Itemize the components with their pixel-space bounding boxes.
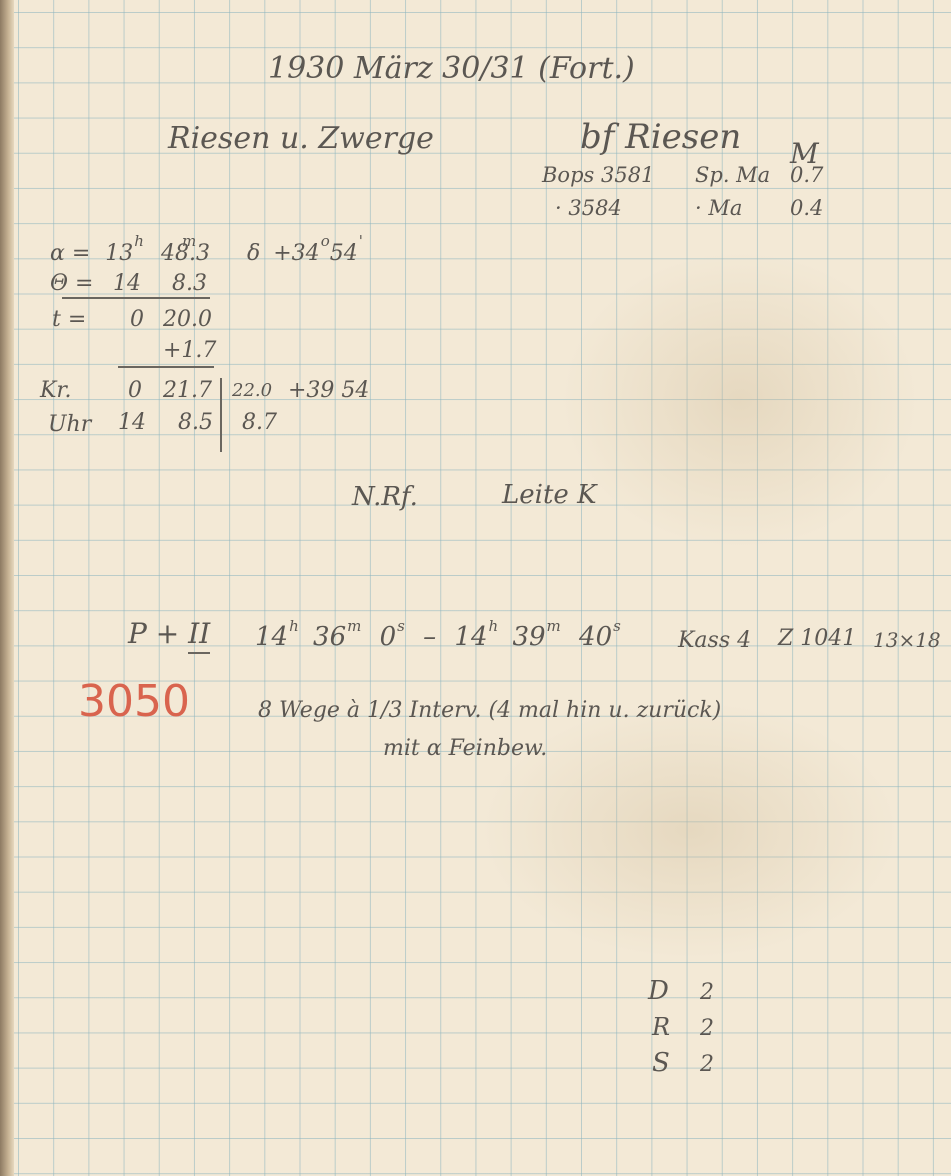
t-hours: 0 <box>130 309 144 331</box>
right-row-2-type: · Ma <box>695 198 742 219</box>
sum-rule <box>62 297 210 299</box>
notebook-page: 1930 März 30/31 (Fort.) Riesen u. Zwerge… <box>0 0 951 1176</box>
alpha-hours: 13 <box>105 241 133 266</box>
left-title: Riesen u. Zwerge <box>168 124 434 154</box>
uhr-alt-minutes: 8.7 <box>242 412 277 434</box>
kr-declination: +39 54 <box>288 380 369 402</box>
header-date: 1930 März 30/31 (Fort.) <box>268 54 635 84</box>
right-row-1-id: Bops 3581 <box>542 165 654 186</box>
theta-label: Θ = <box>50 273 93 295</box>
plate-number-red: 3050 <box>78 680 190 724</box>
theta-hours: 14 <box>113 273 141 295</box>
theta-minutes: 8.3 <box>172 273 207 295</box>
right-block-title: bf Riesen <box>580 120 741 154</box>
t-minutes: 20.0 <box>163 309 212 331</box>
rating-s-label: S <box>652 1050 670 1076</box>
kr-label: Kr. <box>40 380 72 402</box>
description-line-2: mit α Feinbew. <box>383 738 547 760</box>
right-row-2-id: · 3584 <box>555 198 622 219</box>
uhr-label: Uhr <box>48 414 91 436</box>
roman-two: II <box>188 617 210 654</box>
t-label: t = <box>52 309 86 331</box>
kr-minutes: 21.7 <box>163 380 212 402</box>
cassette: Kass 4 <box>678 630 751 652</box>
plate-size: 13×18 <box>873 630 941 650</box>
rating-d-label: D <box>648 978 669 1004</box>
note-leite: Leite K <box>502 482 597 508</box>
correction-rule <box>118 366 214 368</box>
plate-id: Z 1041 <box>778 628 856 650</box>
note-nrf: N.Rf. <box>352 484 418 510</box>
kr-alt-minutes: 22.0 <box>232 382 272 400</box>
kr-hours: 0 <box>128 380 142 402</box>
alpha-label: α = <box>50 241 90 266</box>
rating-s-value: 2 <box>700 1054 714 1076</box>
exposure-time-range: 14h 36m 0s – 14h 39m 40s <box>255 624 621 650</box>
description-line-1: 8 Wege à 1/3 Interv. (4 mal hin u. zurüc… <box>258 700 721 722</box>
rating-r-value: 2 <box>700 1018 714 1040</box>
rating-r-label: R <box>652 1015 670 1039</box>
uhr-hours: 14 <box>118 412 146 434</box>
right-row-2-value: 0.4 <box>790 198 823 219</box>
paper-stain <box>560 250 920 550</box>
uhr-minutes: 8.5 <box>178 412 213 434</box>
column-divider <box>220 378 222 452</box>
rating-d-value: 2 <box>700 982 714 1004</box>
alpha-row: α = 13h 48.3m <box>50 243 196 265</box>
right-row-1-type: Sp. Ma <box>695 165 770 186</box>
page-binding-edge <box>0 0 14 1176</box>
exposure-label: P + II <box>128 620 210 648</box>
correction: +1.7 <box>163 340 216 362</box>
delta-value: δ +34o54' <box>247 243 363 265</box>
right-row-1-value: 0.7 <box>790 165 823 186</box>
